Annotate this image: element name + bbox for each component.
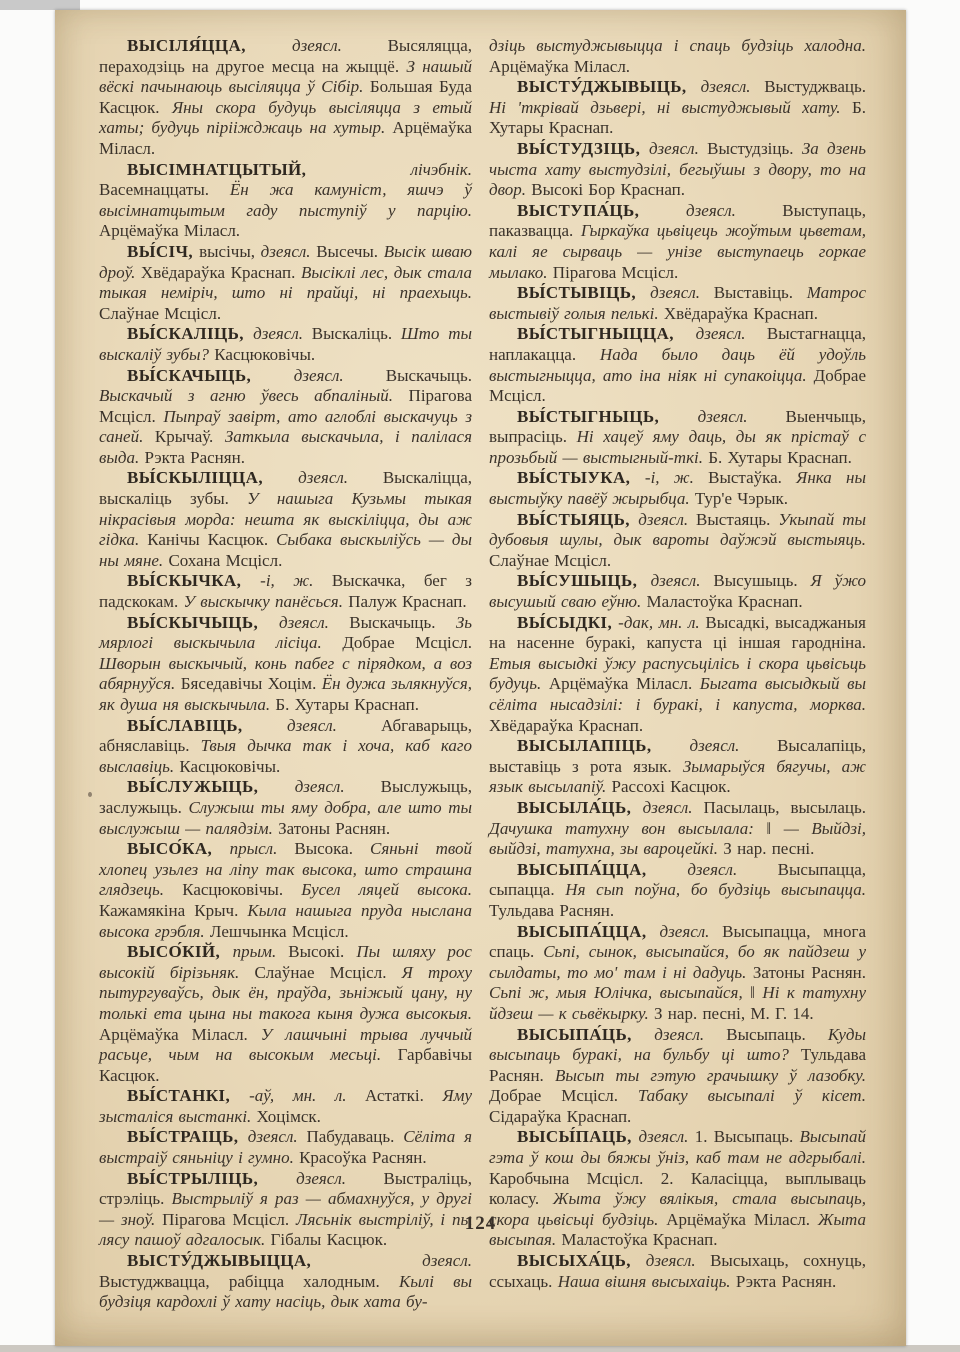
- headword: ВЫ́СТЫГНЫЦЦА,: [517, 324, 696, 343]
- dictionary-entry: ВЫСЫПА́ЦЦА, дзеясл. Высыпацца, сыпацца. …: [489, 860, 866, 922]
- italic-text: дзеясл.: [650, 283, 714, 302]
- italic-text: дзеясл.: [654, 1025, 726, 1044]
- plain-text: Лешчынка Мсцісл.: [210, 922, 349, 941]
- plain-text: Выскаліць.: [312, 324, 401, 343]
- dictionary-entry: ВЫ́СТУДЗІЦЬ, дзеясл. Выстудзіць. За дзен…: [489, 139, 866, 201]
- dictionary-entry: ВЫ́СТРАІЦЬ, дзеясл. Пабудаваць. Сёліта я…: [99, 1127, 472, 1168]
- italic-text: -і, ж.: [645, 468, 708, 487]
- dictionary-entry: ВЫСІМНАТЦЫТЫЙ, лічэбнік. Васемнаццаты. Ё…: [99, 160, 472, 242]
- headword: ВЫСІЛЯ́ЦЦА,: [127, 36, 292, 55]
- headword: ВЫСЫПА́ЦЦА,: [517, 922, 660, 941]
- page-number: 124: [55, 1213, 906, 1235]
- dictionary-entry: ВЫСТУПА́ЦЬ, дзеясл. Выступаць, паказвацц…: [489, 201, 866, 283]
- plain-text: Палуж Краснап.: [348, 592, 466, 611]
- plain-text: Выстуджваць.: [764, 77, 866, 96]
- plain-text: Выставіць.: [714, 283, 807, 302]
- italic-text: прым.: [233, 942, 289, 961]
- dictionary-entry: ВЫСЫЛА́ЦЬ, дзеясл. Пасылаць, высылаць. Д…: [489, 798, 866, 860]
- dictionary-entry: ВЫ́СТАНКІ, -аў, мн. л. Астаткі. Яму зыст…: [99, 1086, 472, 1127]
- headword: ВЫСО́КІЙ,: [127, 942, 233, 961]
- dictionary-entry: ВЫ́СТРЫЛІЦЬ, дзеясл. Выстраліць, стрэліц…: [99, 1169, 472, 1251]
- headword: ВЫ́СІЧ,: [127, 242, 199, 261]
- plain-text: Выстудзіць.: [707, 139, 802, 158]
- plain-text: Слаўнае Мсцісл.: [489, 551, 611, 570]
- plain-text: Хвёдараўка Краснап.: [141, 263, 301, 282]
- dictionary-entry: ВЫСО́КА, прысл. Высока. Сяньні твой хлоп…: [99, 839, 472, 942]
- italic-text: дзеясл.: [295, 777, 381, 796]
- italic-text: дзеясл.: [248, 1127, 307, 1146]
- italic-text: лічэбнік.: [411, 160, 472, 179]
- plain-text: Хвёдараўка Краснап.: [664, 304, 818, 323]
- dictionary-entry: ВЫСЫЛАПІЦЬ, дзеясл. Высалапіць, выставіц…: [489, 736, 866, 798]
- italic-text: Ні 'ткрівай дзьвері, ні выстуджывый хату…: [489, 98, 852, 117]
- plain-text: Выстаўка.: [708, 468, 796, 487]
- italic-text: -і, ж.: [260, 571, 332, 590]
- dictionary-entry: ВЫ́СТЫГНЫЦЦА, дзеясл. Выстагнацца, напла…: [489, 324, 866, 406]
- plain-text: З нар. песні, М. Г. 14.: [654, 1004, 814, 1023]
- headword: ВЫ́СКАЛІЦЬ,: [127, 324, 253, 343]
- plain-text: Хвёдараўка Краснап.: [489, 716, 643, 735]
- dictionary-entry: ВЫ́СІЧ, высічы, дзеясл. Высечы. Высік шв…: [99, 242, 472, 324]
- plain-text: Высечы.: [316, 242, 384, 261]
- headword: ВЫСО́КА,: [127, 839, 230, 858]
- plain-text: Касцюковічы.: [182, 880, 301, 899]
- plain-text: Маластоўка Краснап.: [647, 592, 803, 611]
- headword: ВЫСЫПА́ЦЬ,: [517, 1025, 654, 1044]
- italic-text: дзеясл.: [292, 36, 388, 55]
- italic-text: Табаку высыпалі ў кісет.: [638, 1086, 866, 1105]
- plain-text: Пабудаваць.: [306, 1127, 403, 1146]
- dictionary-entry: ВЫ́СТЫУКА, -і, ж. Выстаўка. Янка ны выст…: [489, 468, 866, 509]
- italic-text: дзеясл.: [651, 571, 714, 590]
- plain-text: Выскачыць.: [386, 366, 472, 385]
- plain-text: высічы,: [199, 242, 261, 261]
- plain-text: Арцёмаўка Міласл.: [99, 1025, 261, 1044]
- italic-text: Наша вішня высыхаіць.: [558, 1272, 736, 1291]
- headword: ВЫСТУ́ДЖЫВЫЦЬ,: [517, 77, 701, 96]
- plain-text: Тульдава Раснян.: [489, 901, 614, 920]
- italic-text: Бусел ляцей высока.: [301, 880, 472, 899]
- plain-text: Добрае Мсцісл.: [489, 1086, 638, 1105]
- headword: ВЫ́СТЫГНЫЦЬ,: [517, 407, 698, 426]
- plain-text: Выстуджвацца, рабіцца халодным.: [99, 1272, 399, 1291]
- dictionary-entry: ВЫ́СТЫВІЦЬ, дзеясл. Выставіць. Матрос вы…: [489, 283, 866, 324]
- italic-text: дзеясл.: [643, 798, 704, 817]
- scanned-dictionary-page: ВЫСІЛЯ́ЦЦА, дзеясл. Высяляцца, пераходзі…: [0, 0, 960, 1352]
- italic-text: -аў, мн. л.: [249, 1086, 365, 1105]
- italic-text: дзіць выстуджывыцца і спаць будзіць хало…: [489, 36, 866, 55]
- italic-text: дзеясл.: [287, 716, 381, 735]
- italic-text: Выскачый з агню ўвесь абпаліный.: [99, 386, 409, 405]
- book-page: ВЫСІЛЯ́ЦЦА, дзеясл. Высяляцца, пераходзі…: [55, 10, 906, 1346]
- plain-text: Добрае Мсцісл.: [342, 633, 472, 652]
- dictionary-entry: ВЫСЫПА́ЦЦА, дзеясл. Высыпацца, многа спа…: [489, 922, 866, 1025]
- italic-text: дзеясл.: [687, 860, 777, 879]
- dictionary-entry: ВЫ́СТЫГНЫЦЬ, дзеясл. Выенчыць, выпрасіць…: [489, 407, 866, 469]
- italic-text: дзеясл.: [649, 139, 707, 158]
- plain-text: Высыпаць.: [726, 1025, 828, 1044]
- plain-text: Высокі.: [288, 942, 356, 961]
- plain-text: Пасылаць, высылаць.: [704, 798, 866, 817]
- dictionary-entry: дзіць выстуджывыцца і спаць будзіць хало…: [489, 36, 866, 77]
- plain-text: Красоўка Раснян.: [299, 1148, 427, 1167]
- plain-text: Астаткі.: [365, 1086, 442, 1105]
- plain-text: Сідараўка Краснап.: [489, 1107, 631, 1126]
- plain-text: Крычаў.: [155, 427, 225, 446]
- plain-text: 1. Высыпаць.: [695, 1127, 800, 1146]
- dictionary-entry: ВЫ́СЛУЖЫЦЬ, дзеясл. Выслужыць, заслужыць…: [99, 777, 472, 839]
- dictionary-entry: ВЫ́СКЫЧЫЦЬ, дзеясл. Выскачыць. Зь мярлог…: [99, 613, 472, 716]
- plain-text: Касцюковічы.: [179, 757, 280, 776]
- plain-text: Сохана Мсцісл.: [168, 551, 282, 570]
- dictionary-entry: ВЫ́СКЫЧКА, -і, ж. Выскачка, бег з падско…: [99, 571, 472, 612]
- plain-text: Выстаяць.: [696, 510, 778, 529]
- italic-text: дзеясл.: [646, 1251, 710, 1270]
- plain-text: Касцюковічы.: [214, 345, 315, 364]
- plain-text: Высока.: [294, 839, 370, 858]
- italic-text: дзеясл.: [279, 613, 349, 632]
- dictionary-entry: ВЫСІЛЯ́ЦЦА, дзеясл. Высяляцца, пераходзі…: [99, 36, 472, 160]
- plain-text: Рэкта Раснян.: [145, 448, 245, 467]
- headword: ВЫ́СУШЫЦЬ,: [517, 571, 651, 590]
- italic-text: дзеясл.: [298, 468, 383, 487]
- headword: ВЫ́СТЫВІЦЬ,: [517, 283, 650, 302]
- headword: ВЫ́СТЫЯЦЬ,: [517, 510, 638, 529]
- dictionary-entry: ВЫ́СКАЛІЦЬ, дзеясл. Выскаліць. Што ты вы…: [99, 324, 472, 365]
- italic-text: дзеясл.: [639, 1127, 695, 1146]
- headword: ВЫ́СКЫЧКА,: [127, 571, 260, 590]
- plain-text: Затоны Раснян.: [278, 819, 390, 838]
- headword: ВЫ́СЫДКІ,: [517, 613, 618, 632]
- headword: ВЫ́СКЫЧЫЦЬ,: [127, 613, 279, 632]
- plain-text: Б. Хутары Краснап.: [275, 695, 419, 714]
- plain-text: Тур'е Чэрык.: [695, 489, 788, 508]
- plain-text: Канічы Касцюк.: [147, 530, 276, 549]
- italic-text: дзеясл.: [696, 324, 767, 343]
- italic-text: прысл.: [230, 839, 295, 858]
- headword: ВЫ́СКАЧЫЦЬ,: [127, 366, 294, 385]
- plain-text: Арцёмаўка Міласл.: [489, 57, 630, 76]
- italic-text: дзеясл.: [294, 366, 386, 385]
- plain-text: Слаўнае Мсцісл.: [254, 963, 401, 982]
- headword: ВЫ́СТАНКІ,: [127, 1086, 249, 1105]
- headword: ВЫ́СТЫУКА,: [517, 468, 645, 487]
- headword: ВЫСЫ́ПАЦЬ,: [517, 1127, 639, 1146]
- italic-text: дзеясл.: [422, 1251, 472, 1270]
- paper-speck: [88, 792, 92, 797]
- scan-edge-artifact: [0, 1345, 960, 1352]
- right-column: дзіць выстуджывыцца і спаць будзіць хало…: [489, 36, 866, 1292]
- plain-text: Арцёмаўка Міласл.: [549, 674, 700, 693]
- headword: ВЫСЫПА́ЦЦА,: [517, 860, 687, 879]
- italic-text: дзеясл.: [698, 407, 786, 426]
- plain-text: Рэкта Раснян.: [736, 1272, 836, 1291]
- dictionary-entry: ВЫСТУ́ДЖЫВЫЦЦА, дзеясл. Выстуджвацца, ра…: [99, 1251, 472, 1313]
- headword: ВЫ́СТРАІЦЬ,: [127, 1127, 248, 1146]
- plain-text: Рассохі Касцюк.: [612, 777, 731, 796]
- headword: ВЫ́СКЫЛІЦЦА,: [127, 468, 298, 487]
- plain-text: Высокі Бор Краснап.: [531, 180, 685, 199]
- dictionary-entry: ВЫ́СКЫЛІЦЦА, дзеясл. Выскаліцца, выскалі…: [99, 468, 472, 571]
- headword: ВЫ́СТУДЗІЦЬ,: [517, 139, 649, 158]
- italic-text: У выскычку панёсься.: [184, 592, 349, 611]
- dictionary-entry: ВЫ́СЫДКІ, -дак, мн. л. Высадкі, высаджан…: [489, 613, 866, 737]
- headword: ВЫСТУ́ДЖЫВЫЦЦА,: [127, 1251, 422, 1270]
- italic-text: Высып ты гэтую грачышку ў лазобку.: [555, 1066, 866, 1085]
- dictionary-entry: ВЫ́СЛАВІЦЬ, дзеясл. Абгаварыць, абняслав…: [99, 716, 472, 778]
- plain-text: Арцёмаўка Міласл.: [99, 221, 240, 240]
- scan-edge-artifact: [0, 0, 80, 10]
- italic-text: дзеясл.: [253, 324, 312, 343]
- italic-text: дзеясл.: [261, 242, 317, 261]
- italic-text: дзеясл.: [690, 736, 778, 755]
- italic-text: -дак, мн. л.: [618, 613, 705, 632]
- italic-text: дзеясл.: [701, 77, 765, 96]
- italic-text: дзеясл.: [660, 922, 723, 941]
- plain-text: Затоны Раснян.: [753, 963, 866, 982]
- plain-text: Васемнаццаты.: [99, 180, 230, 199]
- plain-text: Хоцімск.: [257, 1107, 321, 1126]
- italic-text: Ня сып поўна, бо будзіць высыпацца.: [565, 880, 866, 899]
- plain-text: Бяседавічы Хоцім.: [181, 674, 322, 693]
- italic-text: дзеясл.: [296, 1169, 383, 1188]
- plain-text: Пірагова Мсцісл.: [553, 263, 678, 282]
- dictionary-entry: ВЫСЫХА́ЦЬ, дзеясл. Высыхаць, сохнуць, сс…: [489, 1251, 866, 1292]
- italic-text: дзеясл.: [686, 201, 782, 220]
- plain-text: Слаўнае Мсцісл.: [99, 304, 221, 323]
- plain-text: Кажамякіна Крыч.: [99, 901, 247, 920]
- headword: ВЫ́СТРЫЛІЦЬ,: [127, 1169, 296, 1188]
- dictionary-entry: ВЫСЫПА́ЦЬ, дзеясл. Высыпаць. Куды высыпа…: [489, 1025, 866, 1128]
- dictionary-entry: ВЫ́СУШЫЦЬ, дзеясл. Высушыць. Я ўжо высуш…: [489, 571, 866, 612]
- dictionary-entry: ВЫСО́КІЙ, прым. Высокі. Пы шляху рос выс…: [99, 942, 472, 1086]
- left-column: ВЫСІЛЯ́ЦЦА, дзеясл. Высяляцца, пераходзі…: [99, 36, 472, 1313]
- headword: ВЫСТУПА́ЦЬ,: [517, 201, 686, 220]
- plain-text: Б. Хутары Краснап.: [708, 448, 852, 467]
- italic-text: дзеясл.: [638, 510, 696, 529]
- dictionary-entry: ВЫ́СКАЧЫЦЬ, дзеясл. Выскачыць. Выскачый …: [99, 366, 472, 469]
- headword: ВЫСЫЛАПІЦЬ,: [517, 736, 690, 755]
- headword: ВЫСЫЛА́ЦЬ,: [517, 798, 643, 817]
- headword: ВЫСЫХА́ЦЬ,: [517, 1251, 646, 1270]
- dictionary-entry: ВЫСТУ́ДЖЫВЫЦЬ, дзеясл. Выстуджваць. Ні '…: [489, 77, 866, 139]
- dictionary-entry: ВЫ́СТЫЯЦЬ, дзеясл. Выстаяць. Укыпай ты д…: [489, 510, 866, 572]
- plain-text: Выскачыць.: [349, 613, 456, 632]
- plain-text: З нар. песні.: [723, 839, 814, 858]
- plain-text: Высушыць.: [713, 571, 810, 590]
- headword: ВЫ́СЛУЖЫЦЬ,: [127, 777, 295, 796]
- headword: ВЫСІМНАТЦЫТЫЙ,: [127, 160, 411, 179]
- headword: ВЫ́СЛАВІЦЬ,: [127, 716, 287, 735]
